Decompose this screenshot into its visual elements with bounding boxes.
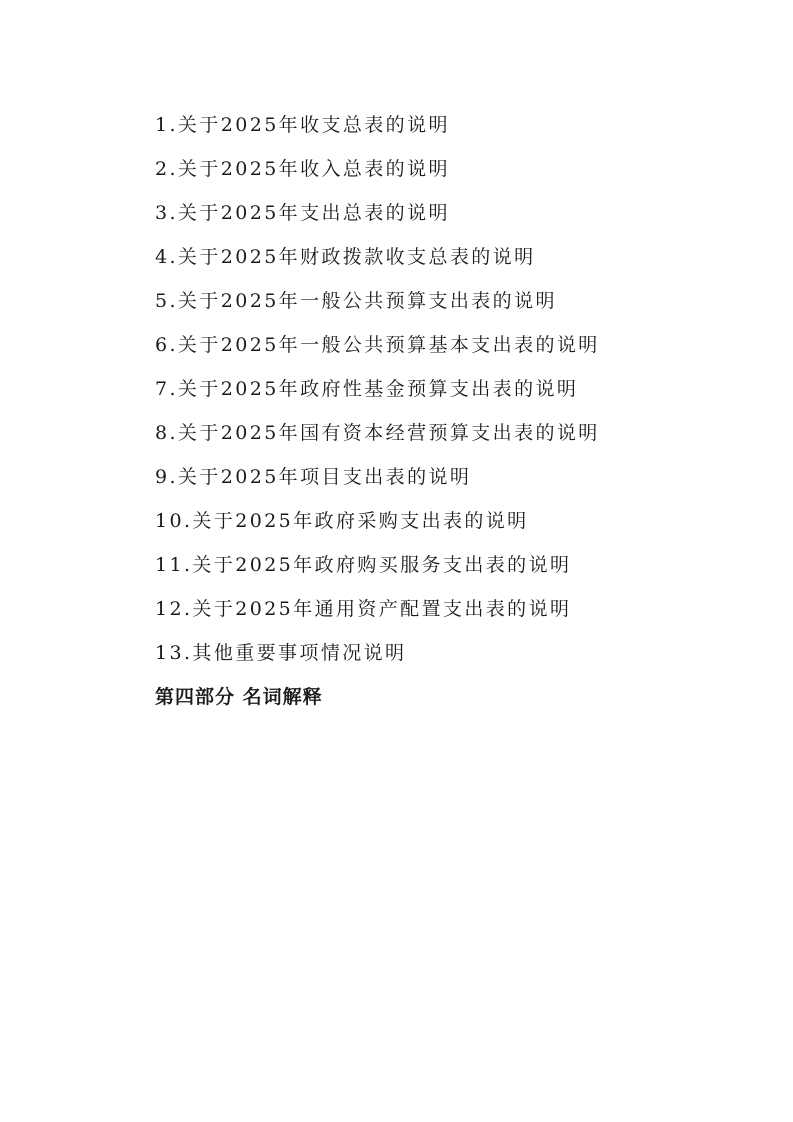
toc-item: 6.关于2025年一般公共预算基本支出表的说明: [155, 330, 600, 374]
toc-item: 1.关于2025年收支总表的说明: [155, 110, 600, 154]
toc-item: 3.关于2025年支出总表的说明: [155, 198, 600, 242]
document-page: 1.关于2025年收支总表的说明 2.关于2025年收入总表的说明 3.关于20…: [0, 0, 793, 1122]
toc-item: 7.关于2025年政府性基金预算支出表的说明: [155, 374, 600, 418]
toc-item: 9.关于2025年项目支出表的说明: [155, 462, 600, 506]
toc-item: 10.关于2025年政府采购支出表的说明: [155, 506, 600, 550]
table-of-contents: 1.关于2025年收支总表的说明 2.关于2025年收入总表的说明 3.关于20…: [155, 110, 600, 682]
toc-item: 11.关于2025年政府购买服务支出表的说明: [155, 550, 600, 594]
section-heading: 第四部分 名词解释: [155, 683, 323, 711]
toc-item: 5.关于2025年一般公共预算支出表的说明: [155, 286, 600, 330]
toc-item: 4.关于2025年财政拨款收支总表的说明: [155, 242, 600, 286]
toc-item: 12.关于2025年通用资产配置支出表的说明: [155, 594, 600, 638]
toc-item: 8.关于2025年国有资本经营预算支出表的说明: [155, 418, 600, 462]
toc-item: 2.关于2025年收入总表的说明: [155, 154, 600, 198]
toc-item: 13.其他重要事项情况说明: [155, 638, 600, 682]
